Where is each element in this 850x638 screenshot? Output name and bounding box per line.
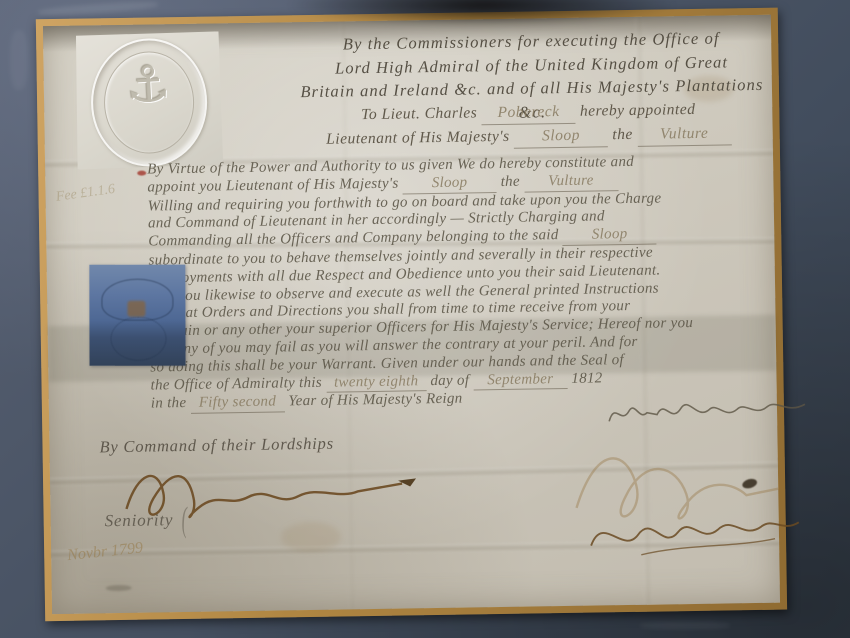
- seniority-date: Novbr 1799: [66, 539, 143, 565]
- fill-in-word: Sloop: [402, 174, 496, 194]
- mat-inscription-smudge: [640, 622, 730, 629]
- pencil-smudge: [106, 585, 132, 591]
- seniority-label: Seniority(: [105, 510, 188, 531]
- fill-in-word: Pobereck: [481, 100, 575, 125]
- fill-in-word: Vulture: [524, 172, 618, 192]
- warrant-body: By Virtue of the Power and Authority to …: [147, 152, 779, 415]
- mat-scuff: [10, 30, 28, 90]
- fill-in-word: Sloop: [563, 226, 657, 246]
- embossed-admiralty-seal: ⚓: [73, 31, 223, 169]
- stamp-centre-mark: [127, 301, 145, 317]
- fill-in-word: Vulture: [637, 121, 731, 146]
- signature-third: [582, 492, 815, 568]
- fill-in-word: twenty eighth: [326, 373, 427, 393]
- fill-in-word: September: [473, 371, 567, 391]
- stamp-circle-emboss: [110, 317, 166, 361]
- frame-fillet: ⚓ By the Commissioners for executing the…: [36, 8, 787, 622]
- mat-scuff: [38, 0, 158, 17]
- signature-wm-domett: [605, 390, 818, 435]
- anchor-icon: ⚓: [72, 56, 224, 114]
- fill-in-word: Fifty second: [190, 394, 284, 414]
- fill-in-word: Sloop: [514, 123, 608, 148]
- addressee-lines: To Lieut. Charles Pobereck hereby appoin…: [310, 97, 747, 152]
- blue-duty-stamp: [89, 265, 185, 366]
- seniority-text: Seniority: [105, 510, 174, 530]
- wax-speck: [137, 171, 146, 176]
- parchment-document: ⚓ By the Commissioners for executing the…: [43, 15, 780, 614]
- frame-shadow: [286, 0, 678, 26]
- framed-document-photo: ⚓ By the Commissioners for executing the…: [0, 0, 850, 638]
